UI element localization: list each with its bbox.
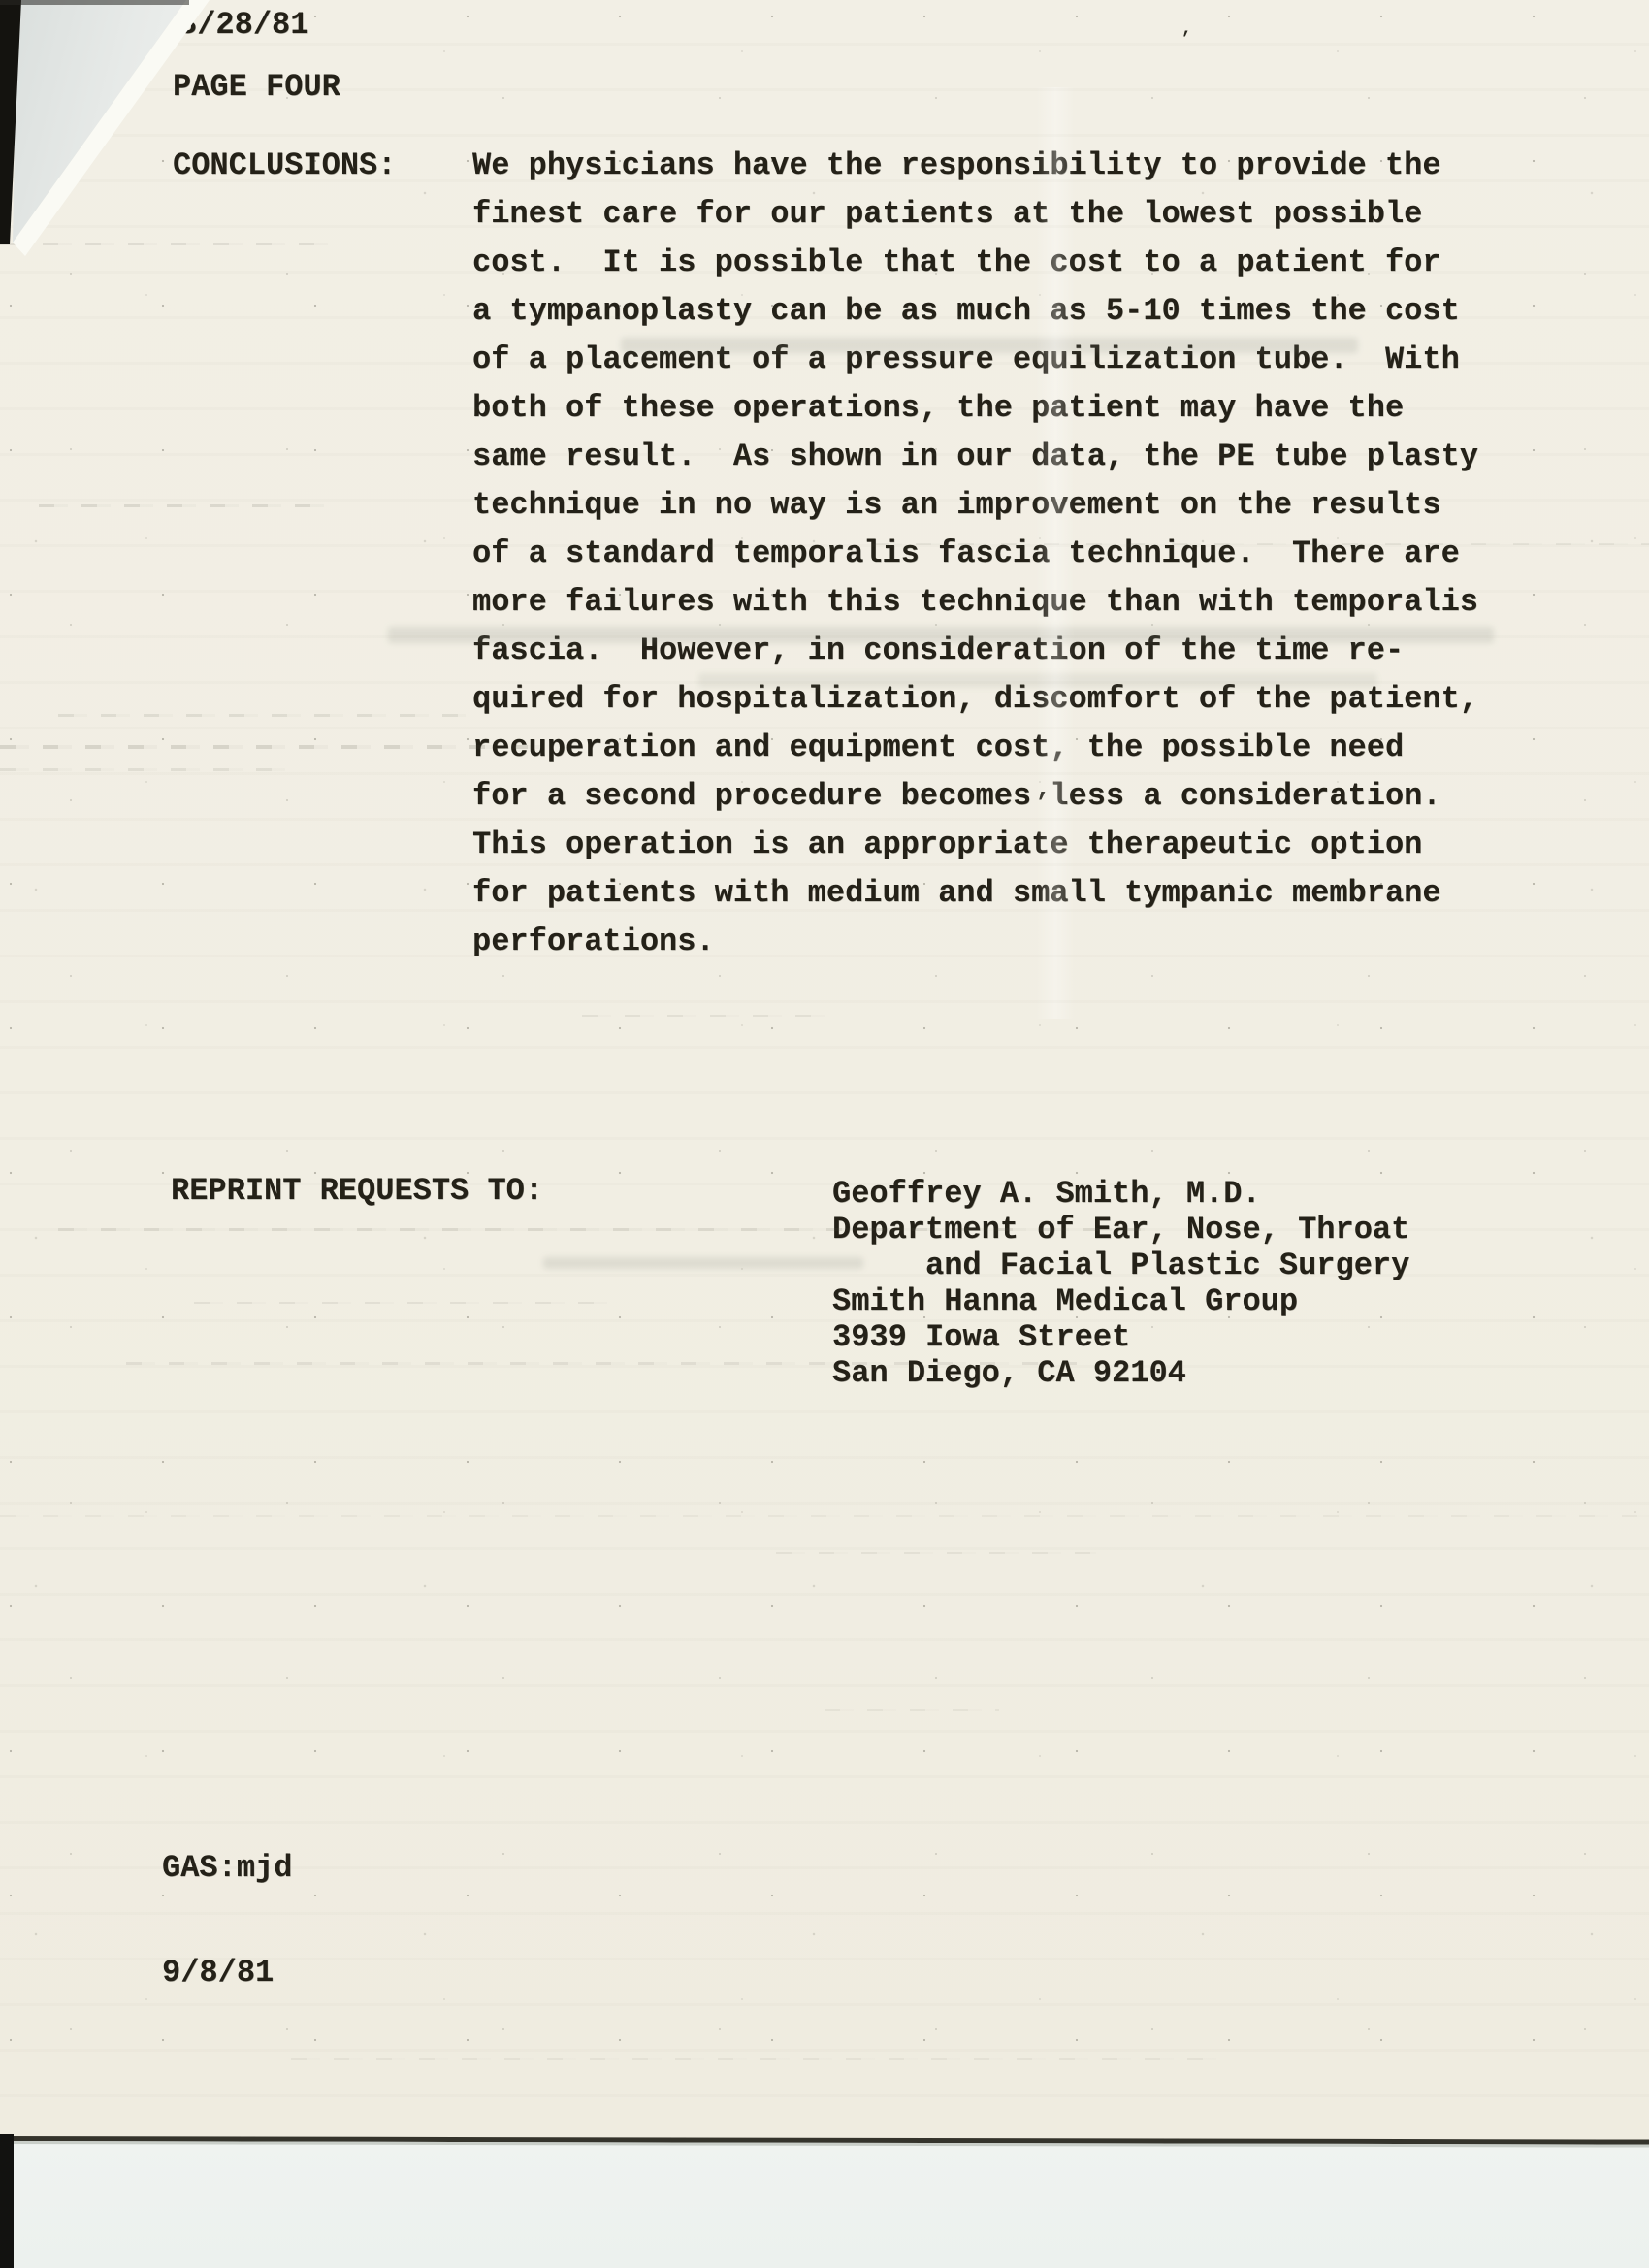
paragraph-line: of a placement of a pressure equilizatio…	[472, 336, 1478, 384]
paragraph-line: both of these operations, the patient ma…	[472, 384, 1478, 433]
conclusions-paragraph: We physicians have the responsibility to…	[472, 142, 1478, 966]
reprint-address: Geoffrey A. Smith, M.D.Department of Ear…	[832, 1176, 1409, 1391]
paragraph-line: more failures with this technique than w…	[472, 578, 1478, 627]
scan-streak	[39, 504, 330, 507]
typed-date: 9/8/81	[162, 1956, 292, 1991]
typist-initials: GAS:mjd	[162, 1851, 292, 1886]
scan-edge-top-line	[0, 0, 189, 5]
scan-streak	[0, 243, 339, 245]
scan-streak	[58, 714, 466, 717]
bleed-through-smudge	[543, 1257, 863, 1269]
paragraph-line: fascia. However, in consideration of the…	[472, 627, 1478, 675]
paragraph-line: of a standard temporalis fascia techniqu…	[472, 530, 1478, 578]
paragraph-line: We physicians have the responsibility to…	[472, 142, 1478, 190]
conclusions-heading: CONCLUSIONS:	[173, 150, 396, 181]
paragraph-line: finest care for our patients at the lowe…	[472, 190, 1478, 239]
paragraph-line: for a second procedure becomes less a co…	[472, 772, 1478, 821]
address-line: Department of Ear, Nose, Throat	[832, 1212, 1409, 1247]
scan-streak	[776, 1552, 1096, 1554]
stray-mark: ,	[1181, 19, 1192, 39]
stray-mark: ,	[1036, 774, 1051, 803]
paper-sheet: 8/28/81 PAGE FOUR CONCLUSIONS: We physic…	[0, 0, 1649, 2140]
scan-edge-shadow-bottom	[0, 2134, 14, 2268]
address-line: Smith Hanna Medical Group	[832, 1283, 1409, 1319]
paragraph-line: recuperation and equipment cost, the pos…	[472, 724, 1478, 772]
address-line: 3939 Iowa Street	[832, 1319, 1409, 1355]
scan-streak	[0, 1515, 1649, 1517]
paragraph-line: quired for hospitalization, discomfort o…	[472, 675, 1478, 724]
paragraph-line: cost. It is possible that the cost to a …	[472, 239, 1478, 287]
scan-streak	[0, 745, 543, 749]
paragraph-line: same result. As shown in our data, the P…	[472, 433, 1478, 481]
address-line: and Facial Plastic Surgery	[832, 1247, 1409, 1283]
scan-streak	[291, 2058, 1222, 2060]
typist-reference-block: GAS:mjd 9/8/81	[162, 1781, 292, 2060]
paragraph-line: This operation is an appropriate therape…	[472, 821, 1478, 869]
scan-streak	[824, 1709, 999, 1711]
address-line: Geoffrey A. Smith, M.D.	[832, 1176, 1409, 1212]
scan-streak	[194, 1302, 611, 1304]
scan-streak	[582, 1015, 834, 1017]
scanner-bed-background	[0, 2140, 1649, 2268]
paragraph-line: technique in no way is an improvement on…	[472, 481, 1478, 530]
scanned-document-page: 8/28/81 PAGE FOUR CONCLUSIONS: We physic…	[0, 0, 1649, 2268]
paragraph-line: perforations.	[472, 918, 1478, 966]
address-line: San Diego, CA 92104	[832, 1355, 1409, 1391]
page-number-label: PAGE FOUR	[173, 72, 340, 103]
scan-streak	[0, 768, 291, 771]
reprint-requests-heading: REPRINT REQUESTS TO:	[171, 1176, 543, 1207]
paragraph-line: for patients with medium and small tympa…	[472, 869, 1478, 918]
paragraph-line: a tympanoplasty can be as much as 5-10 t…	[472, 287, 1478, 336]
